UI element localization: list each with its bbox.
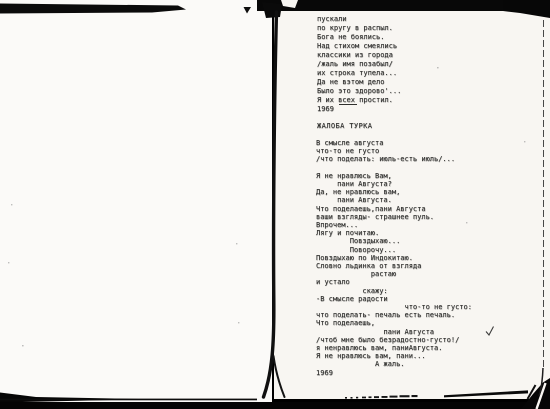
scanned-book-spread: пускали по кругу в распыл. Бога не бояли…: [0, 0, 550, 409]
left-page-blank: [0, 0, 272, 402]
poem-1-text: пускали по кругу в распыл. Бога не бояли…: [317, 15, 401, 105]
poem-1-year: 1969: [317, 105, 334, 114]
poem-2-title: ЖАЛОБА ТУРКА: [317, 122, 372, 131]
underline-mark-vsekh: [339, 104, 357, 105]
bottom-scan-band: [0, 402, 550, 409]
poem-2-text: В смысле августа что-то не густо /что по…: [316, 139, 472, 369]
poem-2-year: 1969: [316, 369, 333, 378]
